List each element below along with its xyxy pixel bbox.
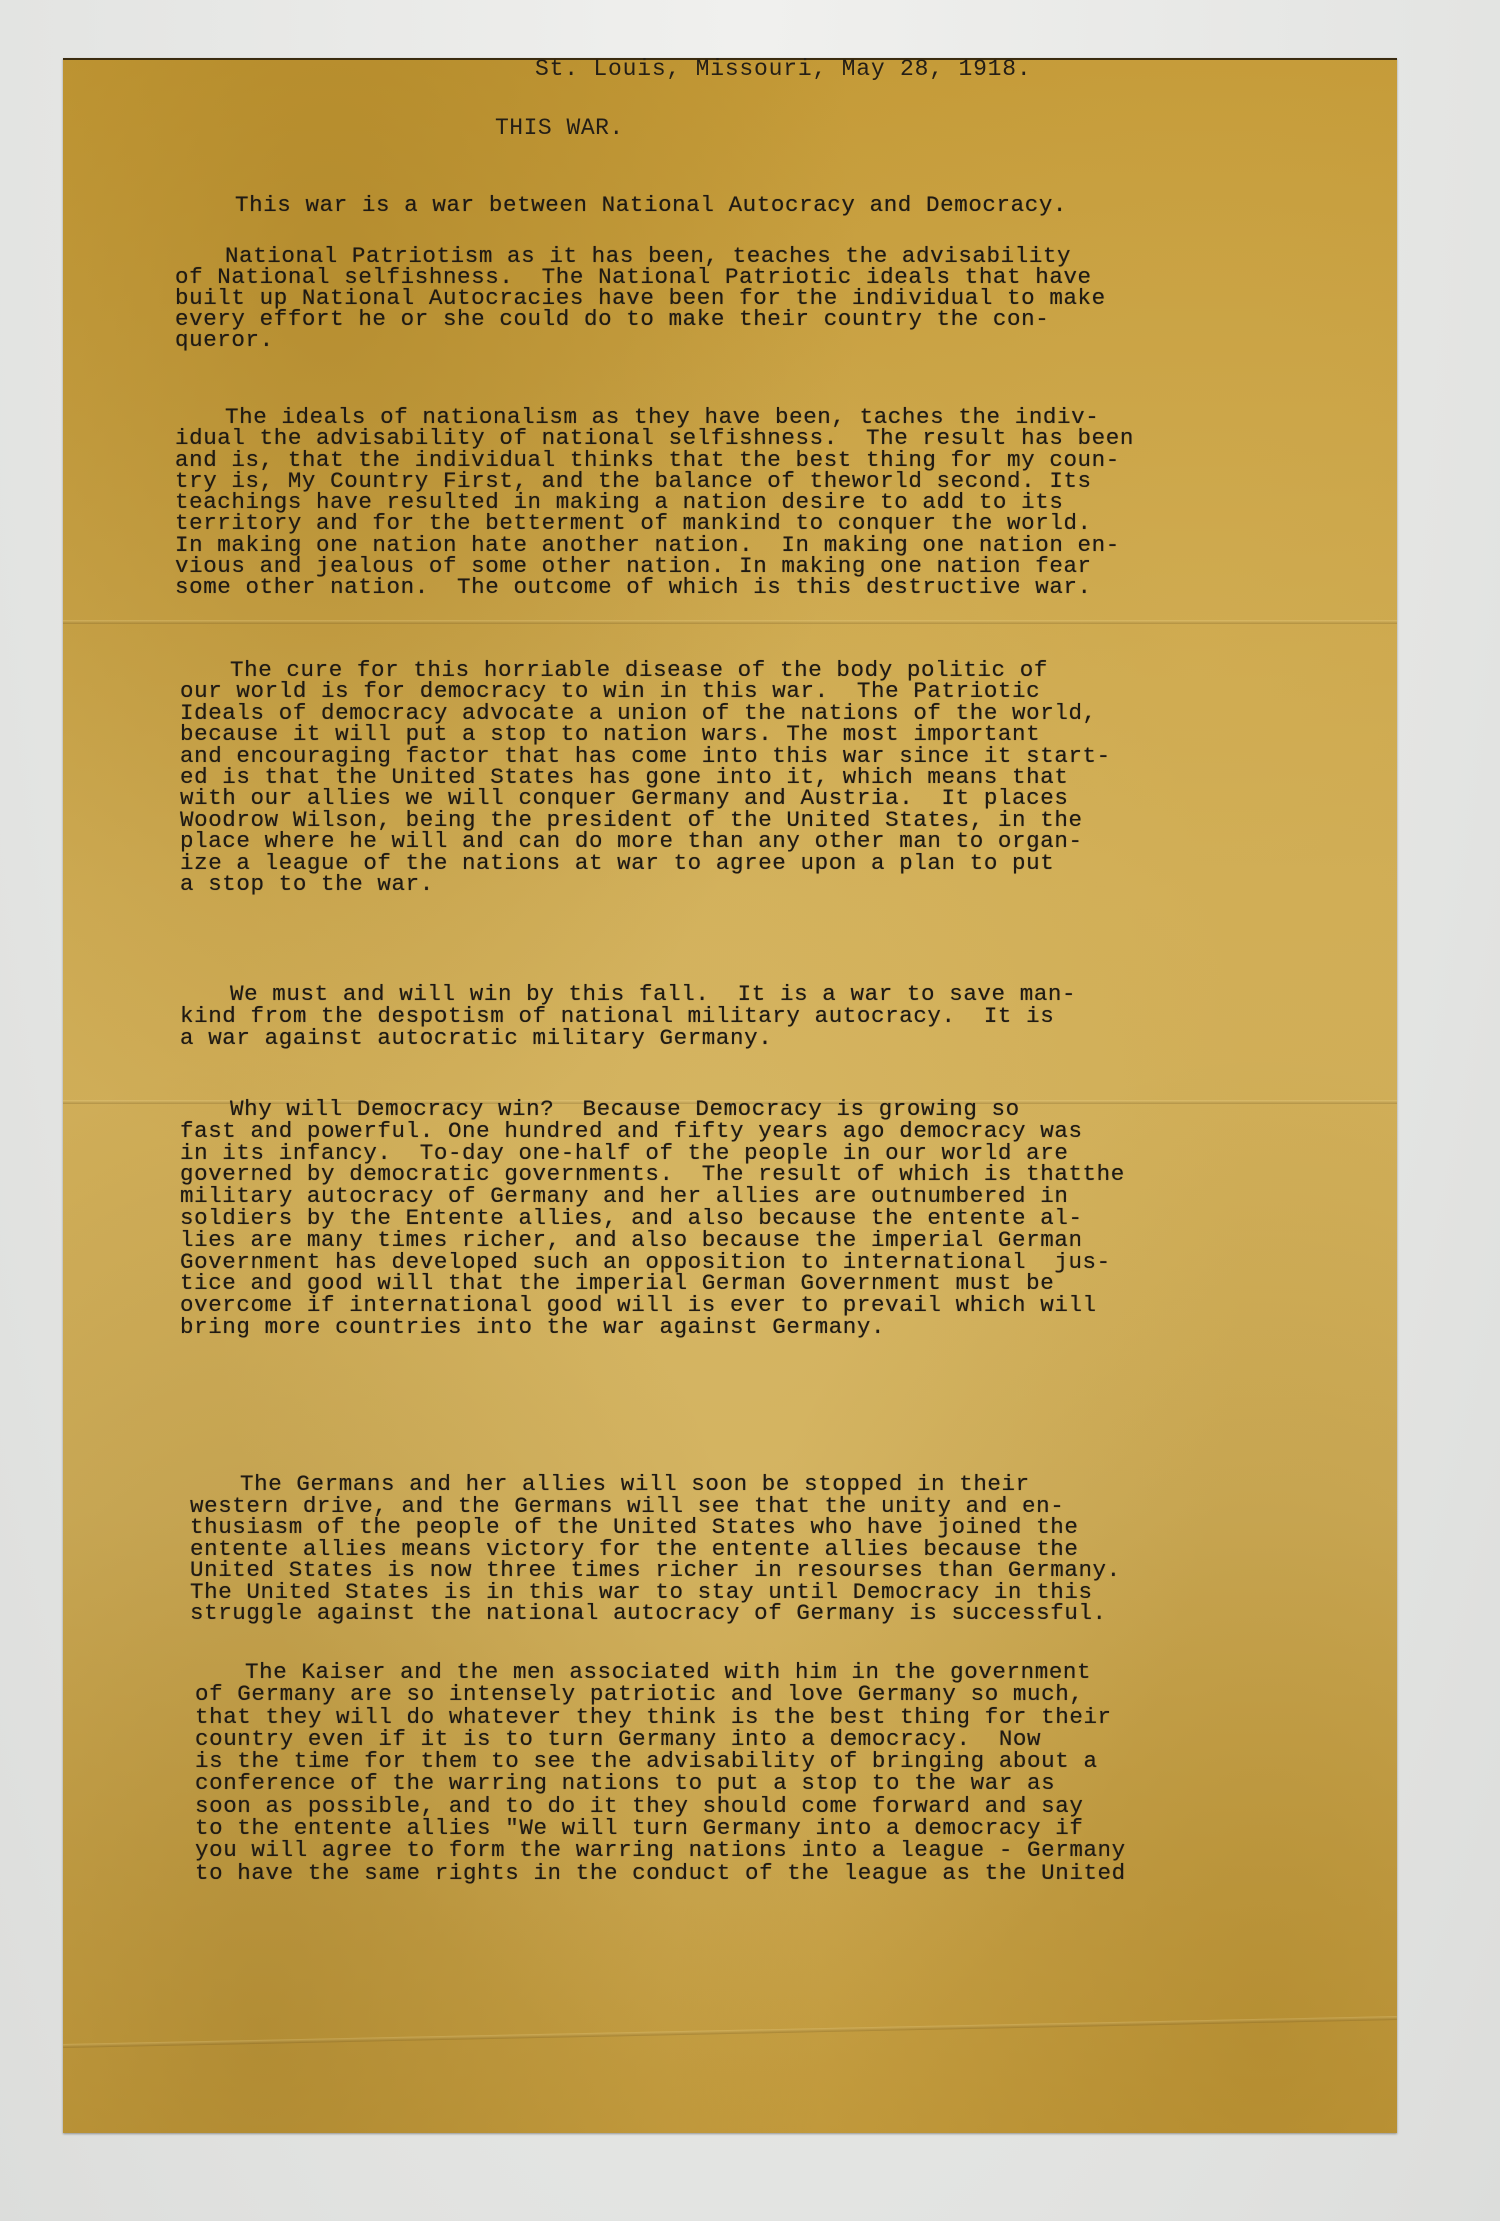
text-line: is the time for them to see the advisabi… — [195, 1750, 1345, 1772]
text-line: kind from the despotism of national mili… — [180, 1005, 1330, 1027]
text-line: queror. — [175, 330, 1325, 351]
text-line: some other nation. The outcome of which … — [175, 577, 1325, 598]
paragraph: The Kaiser and the men associated with h… — [195, 1661, 1345, 1884]
text-line: to the entente allies "We will turn Germ… — [195, 1817, 1345, 1839]
text-line: soon as possible, and to do it they shou… — [195, 1795, 1345, 1817]
text-line: We must and will win by this fall. It is… — [180, 983, 1330, 1005]
text-line: that they will do whatever they think is… — [195, 1706, 1345, 1728]
text-line: struggle against the national autocracy … — [190, 1603, 1340, 1625]
text-line: of Germany are so intensely patriotic an… — [195, 1683, 1345, 1705]
paper-crease — [63, 620, 1397, 624]
text-line: you will agree to form the warring natio… — [195, 1839, 1345, 1861]
paragraph: This war is a war between National Autoc… — [185, 195, 1335, 216]
text-line: a war against autocratic military German… — [180, 1027, 1330, 1049]
document-title: THIS WAR. — [495, 115, 624, 141]
paragraph: The Germans and her allies will soon be … — [190, 1474, 1340, 1625]
dateline: St. Louis, Missouri, May 28, 1918. — [535, 56, 1031, 82]
paragraph: The ideals of nationalism as they have b… — [175, 407, 1325, 599]
paper-crease — [63, 2016, 1397, 2048]
paragraph: Why will Democracy win? Because Democrac… — [180, 1099, 1330, 1339]
text-line: country even if it is to turn Germany in… — [195, 1728, 1345, 1750]
text-line: The Kaiser and the men associated with h… — [195, 1661, 1345, 1683]
text-line: This war is a war between National Autoc… — [185, 195, 1335, 216]
text-line: every effort he or she could do to make … — [175, 309, 1325, 330]
text-line: to have the same rights in the conduct o… — [195, 1862, 1345, 1884]
paragraph: We must and will win by this fall. It is… — [180, 983, 1330, 1049]
text-line: conference of the warring nations to put… — [195, 1772, 1345, 1794]
text-line: a stop to the war. — [180, 874, 1330, 895]
text-line: bring more countries into the war agains… — [180, 1317, 1330, 1339]
paragraph: National Patriotism as it has been, teac… — [175, 246, 1325, 351]
paragraph: The cure for this horriable disease of t… — [180, 660, 1330, 895]
